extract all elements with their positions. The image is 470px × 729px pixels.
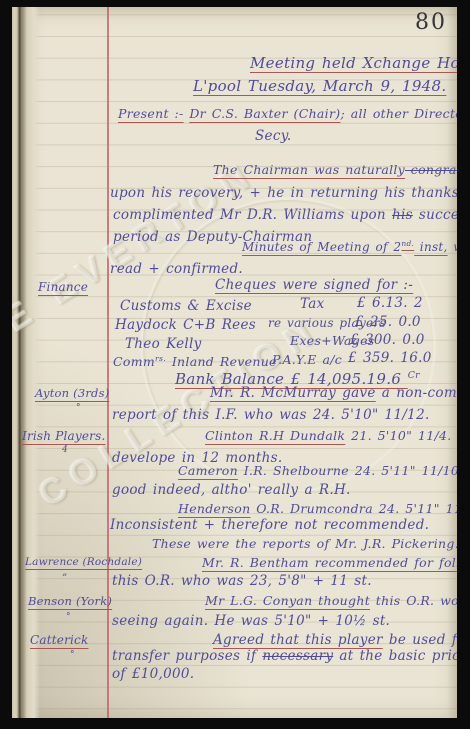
manuscript-line: Commrs. Inland Revenue [113,354,277,369]
margin-note: ” [62,573,67,584]
manuscript-line: The Chairman was naturally congratulated [213,162,457,177]
manuscript-line: £ 25. 0.0 [355,314,421,330]
manuscript-line: These were the reports of Mr. J.R. Picke… [152,536,457,551]
manuscript-line: of £10,000. [112,666,194,682]
manuscript-line: transfer purposes if necessary at the ba… [112,648,457,664]
manuscript-line: P.A.Y.E a/c [272,352,342,367]
photo-background: THE EVERTON COLLECTION 80 Meeting held X… [0,0,470,729]
manuscript-line: Inconsistent + therefore not recommended… [110,517,429,533]
manuscript-line: £ 359. 16.0 [348,350,432,366]
manuscript-line: Mr L.G. Conyan thought this O.R. worth [205,593,457,608]
manuscript-line: Tax [300,296,325,312]
manuscript-line: this O.R. who was 23, 5'8" + 11 st. [112,573,372,589]
margin-note: ° [66,612,71,622]
binding-edge [12,7,40,718]
margin-note: Lawrence (Rochdale) [25,556,142,568]
manuscript-line: Present :- Dr C.S. Baxter (Chair); all o… [118,106,457,121]
manuscript-line: Henderson O.R. Drumcondra 24. 5'11" 11 s… [178,501,457,516]
manuscript-line: £ 300. 0.0 [350,332,425,348]
manuscript-line: report of this I.F. who was 24. 5'10" 11… [112,407,430,423]
manuscript-line: seeing again. He was 5'10" + 10½ st. [112,613,390,629]
manuscript-line: Agreed that this player be used for [213,632,457,648]
manuscript-line: read + confirmed. [110,261,243,277]
manuscript-line: £ 6.13. 2 [357,295,423,311]
manuscript-line: Secy. [255,128,291,144]
margin-note: Ayton (3rds) [35,386,109,400]
manuscript-line: complimented Mr D.R. Williams upon his s… [113,207,457,223]
manuscript-line: Mr. R. McMurray gave a non-committal [210,385,457,401]
margin-note: Benson (York) [28,594,112,608]
manuscript-line: upon his recovery, + he in returning his… [110,185,457,201]
margin-note: 4 [62,445,68,455]
manuscript-line: L'pool Tuesday, March 9, 1948. [193,77,446,95]
ledger-page: THE EVERTON COLLECTION 80 Meeting held X… [12,7,457,718]
manuscript-line: Mr. R. Bentham recommended for following… [202,555,457,570]
manuscript-line: Cameron I.R. Shelbourne 24. 5'11" 11/10,… [178,463,457,478]
margin-note: Catterick [30,633,88,647]
margin-note: ° [76,403,81,413]
manuscript-line: Minutes of Meeting of 2nd. inst, were [242,239,457,254]
margin-rule-line [107,7,109,718]
manuscript-line: Meeting held Xchange Hotel, [250,54,457,72]
manuscript-line: Theo Kelly [125,336,202,352]
manuscript-line: good indeed, altho' really a R.H. [112,482,351,498]
manuscript-line: Customs & Excise [120,298,252,314]
manuscript-line: Haydock C+B Rees [115,317,256,333]
page-number: 80 [415,10,447,35]
margin-note: Irish Players. [22,429,105,443]
margin-note: ° [70,650,75,660]
manuscript-line: Clinton R.H Dundalk 21. 5'10" 11/4. Migh… [205,428,457,443]
manuscript-line: Cheques were signed for :- [215,277,413,293]
margin-note: Finance [38,280,88,294]
